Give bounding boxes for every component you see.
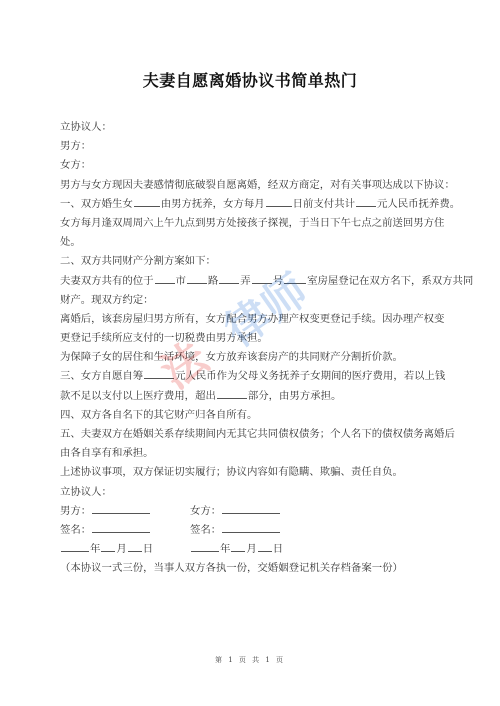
clause-2-line-4: 更登记手续所应支付的一切税费由男方承担。 <box>60 329 460 348</box>
fill-blank <box>222 521 280 533</box>
fill-blank <box>217 387 247 399</box>
page-indicator: 第 1 页 共 1 页 <box>0 655 500 665</box>
female-signature-field: 签名： <box>190 521 320 540</box>
signature-date-row: 年月日 年月日 <box>60 540 460 559</box>
fill-blank <box>92 502 150 514</box>
clause-1-text: 一、双方婚生女 <box>60 198 133 210</box>
female-date-field: 年月日 <box>190 540 320 559</box>
clause-3-text: 部分，由男方承担。 <box>248 390 342 402</box>
fill-blank <box>187 272 207 284</box>
clause-2-line-3: 离婚后，该套房屋归男方所有，女方配合男方办理产权变更登记手续。因办理产权变 <box>60 310 460 329</box>
clause-3-text: 三、女方自愿自筹 <box>60 370 143 382</box>
intro-paragraph: 男方与女方现因夫妻感情彻底破裂自愿离婚，经双方商定，对有关事项达成以下协议： <box>60 176 460 195</box>
signature-label: 签名： <box>60 524 91 536</box>
document-body: 立协议人： 男方： 女方： 男方与女方现因夫妻感情彻底破裂自愿离婚，经双方商定，… <box>60 118 460 579</box>
clause-2-line-2: 财产。现双方约定： <box>60 291 460 310</box>
closing-statement: 上述协议事项，双方保证切实履行；协议内容如有隐瞒、欺骗、责任自负。 <box>60 463 460 482</box>
signature-name-row: 签名： 签名： <box>60 521 460 540</box>
male-date-field: 年月日 <box>60 540 190 559</box>
month-label: 月 <box>246 543 256 555</box>
fill-blank <box>101 540 115 552</box>
signature-party-row: 男方： 女方： <box>60 502 460 521</box>
clause-2-text: 室房屋登记在双方名下，系双方共同 <box>307 275 473 287</box>
fill-blank <box>266 195 292 207</box>
clause-4: 四、双方各自名下的其它财产归各自所有。 <box>60 406 460 425</box>
clause-3-text: 款不足以支付以上医疗费用，超出 <box>60 390 216 402</box>
clause-2-text: 路 <box>208 275 218 287</box>
clause-3-line-2: 款不足以支付以上医疗费用，超出部分，由男方承担。 <box>60 387 460 406</box>
clause-5-line-2: 由各自享有和承担。 <box>60 444 460 463</box>
male-party-field: 男方： <box>60 502 190 521</box>
parties-header: 立协议人： <box>60 118 460 137</box>
year-label: 年 <box>90 543 100 555</box>
clause-5-line-1: 五、夫妻双方在婚姻关系存续期间内无其它共同债权债务；个人名下的债权债务离婚后 <box>60 425 460 444</box>
fill-blank <box>258 540 272 552</box>
fill-blank <box>222 502 280 514</box>
fill-blank <box>134 195 160 207</box>
clause-3-line-1: 三、女方自愿自筹元人民币作为父母义务抚养子女期间的医疗费用，若以上钱 <box>60 367 460 386</box>
female-party-label: 女方： <box>60 156 460 175</box>
clause-2-line-1: 夫妻双方共有的位于市路弄号室房屋登记在双方名下，系双方共同 <box>60 272 460 291</box>
clause-3-text: 元人民币作为父母义务抚养子女期间的医疗费用，若以上钱 <box>175 370 445 382</box>
year-label: 年 <box>220 543 230 555</box>
fill-blank <box>92 521 150 533</box>
fill-blank <box>191 540 219 552</box>
signature-header: 立协议人： <box>60 483 460 502</box>
day-label: 日 <box>273 543 283 555</box>
male-signature-field: 签名： <box>60 521 190 540</box>
document-title: 夫妻自愿离婚协议书简单热门 <box>0 68 500 91</box>
clause-1-text: 由男方抚养，女方每月 <box>161 198 265 210</box>
fill-blank <box>231 540 245 552</box>
clause-1-text: 元人民币抚养费。 <box>377 198 460 210</box>
day-label: 日 <box>143 543 153 555</box>
document-page: 夫妻自愿离婚协议书简单热门 立协议人： 男方： 女方： 男方与女方现因夫妻感情彻… <box>0 0 500 706</box>
clause-1-text: 日前支付共计 <box>293 198 355 210</box>
fill-blank <box>356 195 376 207</box>
clause-2-heading: 二、双方共同财产分割方案如下： <box>60 252 460 271</box>
male-party-label: 男方： <box>60 505 91 517</box>
clause-2-line-5: 为保障子女的居住和生活环境，女方放弃该套房产的共同财产分割折价款。 <box>60 348 460 367</box>
clause-2-text: 号 <box>273 275 283 287</box>
fill-blank <box>284 272 306 284</box>
clause-1-line-2: 女方每月逢双周周六上午九点到男方处接孩子探视，于当日下午七点之前送回男方住 <box>60 214 460 233</box>
fill-blank <box>61 540 89 552</box>
signature-label: 签名： <box>190 524 221 536</box>
female-party-field: 女方： <box>190 502 320 521</box>
fill-blank <box>155 272 175 284</box>
clause-2-text: 市 <box>176 275 186 287</box>
clause-1-line-1: 一、双方婚生女由男方抚养，女方每月日前支付共计元人民币抚养费。 <box>60 195 460 214</box>
fill-blank <box>219 272 239 284</box>
fill-blank <box>252 272 272 284</box>
clause-2-text: 弄 <box>240 275 250 287</box>
month-label: 月 <box>116 543 126 555</box>
clause-2-text: 夫妻双方共有的位于 <box>60 275 154 287</box>
fill-blank <box>128 540 142 552</box>
male-party-label: 男方： <box>60 137 460 156</box>
fill-blank <box>144 367 174 379</box>
copies-note: （本协议一式三份，当事人双方各执一份，交婚姻登记机关存档备案一份） <box>60 559 460 578</box>
female-party-label: 女方： <box>190 505 221 517</box>
clause-1-line-3: 处。 <box>60 233 460 252</box>
